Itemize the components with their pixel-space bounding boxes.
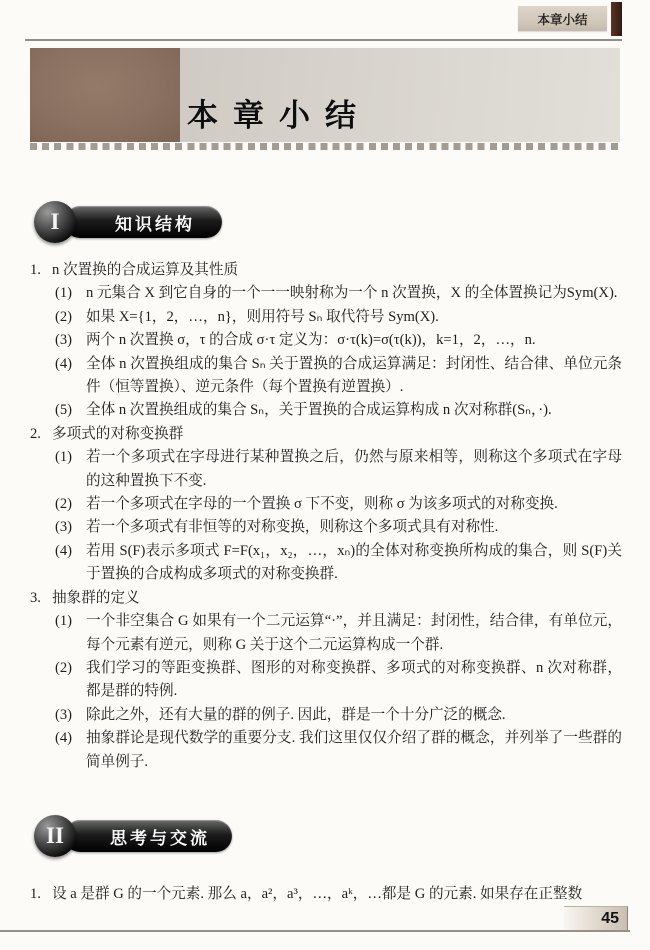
exercise-list: 1. 设 a 是群 G 的一个元素. 那么 a，a²，a³，…，aᵏ，…都是 G… <box>30 883 622 906</box>
header-edge-bar <box>611 2 622 36</box>
list-marker: 1. <box>30 883 52 906</box>
roman-numeral-sphere-icon: I <box>34 201 76 243</box>
section-numeral: I <box>51 209 60 235</box>
list-marker: (1) <box>55 282 86 305</box>
list-marker: (1) <box>55 610 86 657</box>
list-marker: (2) <box>55 493 86 516</box>
list-item: (1) 若一个多项式在字母进行某种置换之后，仍然与原来相等，则称这个多项式在字母… <box>30 446 622 493</box>
section-title: 知识结构 <box>115 210 195 235</box>
list-text: 除此之外，还有大量的群的例子. 因此，群是一个十分广泛的概念. <box>86 704 622 727</box>
summary-list: 1. n 次置换的合成运算及其性质 (1) n 元集合 X 到它自身的一个一一映… <box>30 259 622 774</box>
list-item: 3. 抽象群的定义 <box>30 587 622 610</box>
list-marker: 1. <box>30 259 52 282</box>
list-marker: (3) <box>55 704 86 727</box>
textbook-page: 本章小结 本章小结 知识结构 I 1. n 次置换的合成运算及其性质 (1) n… <box>0 0 650 950</box>
list-item: (2) 若一个多项式在字母的一个置换 σ 下不变，则称 σ 为该多项式的对称变换… <box>30 493 622 516</box>
list-marker: (1) <box>55 446 86 493</box>
chapter-banner: 本章小结 <box>30 48 620 142</box>
list-item: (5) 全体 n 次置换组成的集合 Sₙ，关于置换的合成运算构成 n 次对称群(… <box>30 399 622 422</box>
list-item: (2) 我们学习的等距变换群、图形的对称变换群、多项式的对称变换群、n 次对称群… <box>30 657 622 704</box>
list-item: (1) 一个非空集合 G 如果有一个二元运算“·”，并且满足：封闭性，结合律，有… <box>30 610 622 657</box>
section-numeral: II <box>46 823 64 849</box>
list-text: 我们学习的等距变换群、图形的对称变换群、多项式的对称变换群、n 次对称群，都是群… <box>86 657 622 704</box>
list-text: 若一个多项式有非恒等的对称变换，则称这个多项式具有对称性. <box>86 516 622 539</box>
running-header-label: 本章小结 <box>537 10 587 28</box>
list-text: 如果 X={1，2，…，n}，则用符号 Sₙ 取代符号 Sym(X). <box>86 306 622 329</box>
running-header-tab: 本章小结 <box>518 6 607 31</box>
footer-rule <box>0 930 630 932</box>
list-marker: (2) <box>55 657 86 704</box>
roman-numeral-sphere-icon: II <box>34 815 76 857</box>
list-marker: (4) <box>55 353 86 400</box>
section-badge-think-and-discuss: 思考与交流 II <box>34 815 264 857</box>
list-marker: (4) <box>55 540 86 587</box>
list-item: (4) 抽象群论是现代数学的重要分支. 我们这里仅仅介绍了群的概念，并列举了一些… <box>30 727 622 774</box>
list-text: 全体 n 次置换组成的集合 Sₙ 关于置换的合成运算满足：封闭性、结合律、单位元… <box>86 353 622 400</box>
list-item: 1. 设 a 是群 G 的一个元素. 那么 a，a²，a³，…，aᵏ，…都是 G… <box>30 883 622 906</box>
list-item: (3) 两个 n 次置换 σ，τ 的合成 σ·τ 定义为：σ·τ(k)=σ(τ(… <box>30 329 622 352</box>
list-item: (4) 全体 n 次置换组成的集合 Sₙ 关于置换的合成运算满足：封闭性、结合律… <box>30 353 622 400</box>
list-text: 若用 S(F)表示多项式 F=F(x₁，x₂，…，xₙ)的全体对称变换所构成的集… <box>86 540 622 587</box>
section-badge-knowledge-structure: 知识结构 I <box>34 201 264 243</box>
section-title-pill: 思考与交流 <box>64 820 232 852</box>
list-item: (3) 除此之外，还有大量的群的例子. 因此，群是一个十分广泛的概念. <box>30 704 622 727</box>
page-number-box: 45 <box>564 906 628 930</box>
list-marker: 2. <box>30 423 52 446</box>
list-text: 多项式的对称变换群 <box>52 423 622 446</box>
header-rule <box>25 39 622 41</box>
list-marker: (5) <box>55 399 86 422</box>
list-text: 抽象群的定义 <box>52 587 622 610</box>
list-item: 2. 多项式的对称变换群 <box>30 423 622 446</box>
list-item: (1) n 元集合 X 到它自身的一个一一映射称为一个 n 次置换，X 的全体置… <box>30 282 622 305</box>
chapter-title: 本章小结 <box>187 90 371 135</box>
list-item: (4) 若用 S(F)表示多项式 F=F(x₁，x₂，…，xₙ)的全体对称变换所… <box>30 540 622 587</box>
banner-brown-block <box>30 48 180 142</box>
section-title: 思考与交流 <box>110 824 210 849</box>
list-marker: (4) <box>55 727 86 774</box>
list-marker: 3. <box>30 587 52 610</box>
list-text: n 元集合 X 到它自身的一个一一映射称为一个 n 次置换，X 的全体置换记为S… <box>86 282 622 305</box>
list-item: (2) 如果 X={1，2，…，n}，则用符号 Sₙ 取代符号 Sym(X). <box>30 306 622 329</box>
list-text: n 次置换的合成运算及其性质 <box>52 259 622 282</box>
section-title-pill: 知识结构 <box>64 206 222 238</box>
page-number: 45 <box>601 910 619 928</box>
list-marker: (3) <box>55 516 86 539</box>
list-item: 1. n 次置换的合成运算及其性质 <box>30 259 622 282</box>
dotted-divider <box>30 143 622 150</box>
list-text: 两个 n 次置换 σ，τ 的合成 σ·τ 定义为：σ·τ(k)=σ(τ(k))，… <box>86 329 622 352</box>
list-item: (3) 若一个多项式有非恒等的对称变换，则称这个多项式具有对称性. <box>30 516 622 539</box>
list-text: 一个非空集合 G 如果有一个二元运算“·”，并且满足：封闭性，结合律，有单位元，… <box>86 610 622 657</box>
list-text: 若一个多项式在字母进行某种置换之后，仍然与原来相等，则称这个多项式在字母的这种置… <box>86 446 622 493</box>
list-text: 设 a 是群 G 的一个元素. 那么 a，a²，a³，…，aᵏ，…都是 G 的元… <box>52 883 622 906</box>
list-marker: (2) <box>55 306 86 329</box>
list-text: 若一个多项式在字母的一个置换 σ 下不变，则称 σ 为该多项式的对称变换. <box>86 493 622 516</box>
list-text: 全体 n 次置换组成的集合 Sₙ，关于置换的合成运算构成 n 次对称群(Sₙ，·… <box>86 399 622 422</box>
list-marker: (3) <box>55 329 86 352</box>
list-text: 抽象群论是现代数学的重要分支. 我们这里仅仅介绍了群的概念，并列举了一些群的简单… <box>86 727 622 774</box>
